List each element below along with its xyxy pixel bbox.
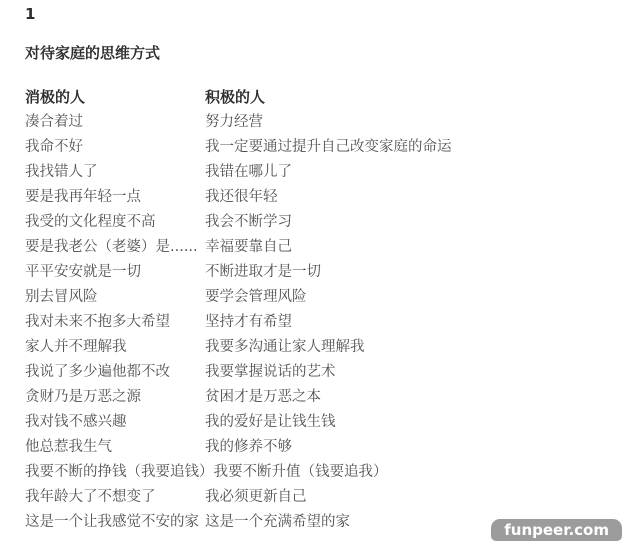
table-row: 我找错人了 我错在哪儿了	[25, 160, 640, 185]
negative-cell: 家人并不理解我	[25, 335, 205, 360]
positive-cell: 我还很年轻	[205, 185, 278, 210]
negative-cell: 我年龄大了不想变了	[25, 485, 205, 510]
watermark-label: funpeer.com	[504, 521, 609, 539]
positive-cell: 不断进取才是一切	[205, 260, 321, 285]
table-row: 我命不好 我一定要通过提升自己改变家庭的命运	[25, 135, 640, 160]
negative-cell: 平平安安就是一切	[25, 260, 205, 285]
table-row: 要是我老公（老婆）是...... 幸福要靠自己	[25, 235, 640, 260]
table-row: 平平安安就是一切 不断进取才是一切	[25, 260, 640, 285]
negative-column-header: 消极的人	[25, 85, 205, 110]
positive-cell: 我要不断升值（钱要追我）	[214, 460, 388, 485]
negative-cell: 我对钱不感兴趣	[25, 410, 205, 435]
negative-cell: 我找错人了	[25, 160, 205, 185]
positive-cell: 我必须更新自己	[205, 485, 307, 510]
table-row: 他总惹我生气 我的修养不够	[25, 435, 640, 460]
table-row: 我要不断的挣钱（我要追钱） 我要不断升值（钱要追我）	[25, 460, 640, 485]
comparison-table: 消极的人 积极的人 凑合着过 努力经营 我命不好 我一定要通过提升自己改变家庭的…	[25, 85, 640, 535]
document-page: 1 对待家庭的思维方式 消极的人 积极的人 凑合着过 努力经营 我命不好 我一定…	[0, 0, 640, 541]
table-row: 我受的文化程度不高 我会不断学习	[25, 210, 640, 235]
positive-cell: 要学会管理风险	[205, 285, 307, 310]
negative-cell: 我对未来不抱多大希望	[25, 310, 205, 335]
negative-cell: 这是一个让我感觉不安的家	[25, 510, 205, 535]
table-row: 贪财乃是万恶之源 贫困才是万恶之本	[25, 385, 640, 410]
negative-cell: 他总惹我生气	[25, 435, 205, 460]
table-row: 凑合着过 努力经营	[25, 110, 640, 135]
negative-cell: 要是我老公（老婆）是......	[25, 235, 205, 260]
table-row: 我说了多少遍他都不改 我要掌握说话的艺术	[25, 360, 640, 385]
positive-cell: 我一定要通过提升自己改变家庭的命运	[205, 135, 452, 160]
table-row: 要是我再年轻一点 我还很年轻	[25, 185, 640, 210]
page-number: 1	[25, 4, 35, 24]
negative-cell: 别去冒风险	[25, 285, 205, 310]
positive-cell: 幸福要靠自己	[205, 235, 292, 260]
positive-cell: 努力经营	[205, 110, 263, 135]
positive-cell: 贫困才是万恶之本	[205, 385, 321, 410]
positive-cell: 我的爱好是让钱生钱	[205, 410, 336, 435]
table-row: 别去冒风险 要学会管理风险	[25, 285, 640, 310]
table-row: 家人并不理解我 我要多沟通让家人理解我	[25, 335, 640, 360]
negative-cell: 要是我再年轻一点	[25, 185, 205, 210]
table-row: 我对钱不感兴趣 我的爱好是让钱生钱	[25, 410, 640, 435]
negative-cell: 我受的文化程度不高	[25, 210, 205, 235]
table-row: 我年龄大了不想变了 我必须更新自己	[25, 485, 640, 510]
positive-column-header: 积极的人	[205, 85, 265, 110]
negative-cell: 我说了多少遍他都不改	[25, 360, 205, 385]
positive-cell: 这是一个充满希望的家	[205, 510, 350, 535]
positive-cell: 我要多沟通让家人理解我	[205, 335, 365, 360]
positive-cell: 我错在哪儿了	[205, 160, 292, 185]
positive-cell: 我要掌握说话的艺术	[205, 360, 336, 385]
negative-cell: 我要不断的挣钱（我要追钱）	[25, 460, 214, 485]
negative-cell: 我命不好	[25, 135, 205, 160]
positive-cell: 坚持才有希望	[205, 310, 292, 335]
negative-cell: 贪财乃是万恶之源	[25, 385, 205, 410]
table-header-row: 消极的人 积极的人	[25, 85, 640, 110]
watermark-badge: funpeer.com	[491, 519, 622, 541]
page-title: 对待家庭的思维方式	[25, 43, 160, 63]
negative-cell: 凑合着过	[25, 110, 205, 135]
positive-cell: 我的修养不够	[205, 435, 292, 460]
positive-cell: 我会不断学习	[205, 210, 292, 235]
table-row: 我对未来不抱多大希望 坚持才有希望	[25, 310, 640, 335]
